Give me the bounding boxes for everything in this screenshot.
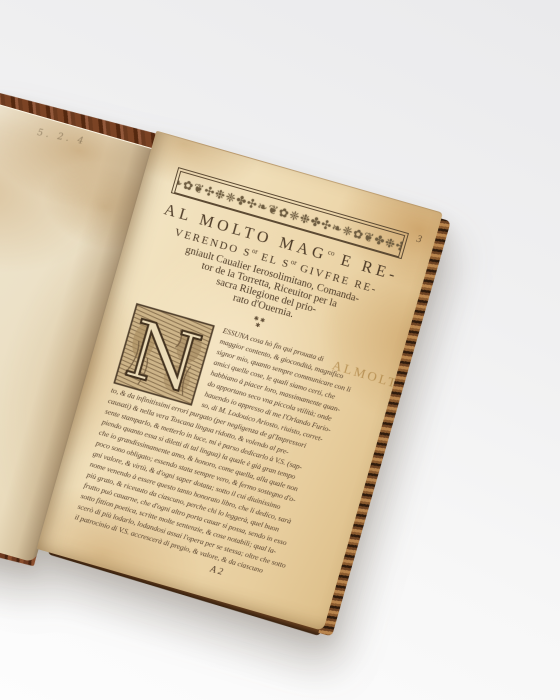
handwritten-inscription: 5. 2. 4 bbox=[37, 128, 88, 147]
antique-book: 5. 2. 4 3 ALMOLT ❉✣❈✤❧✿❦✣❉❈✤✣❧❦✿❈❉✤✣❧❈✿❦… bbox=[0, 70, 472, 681]
